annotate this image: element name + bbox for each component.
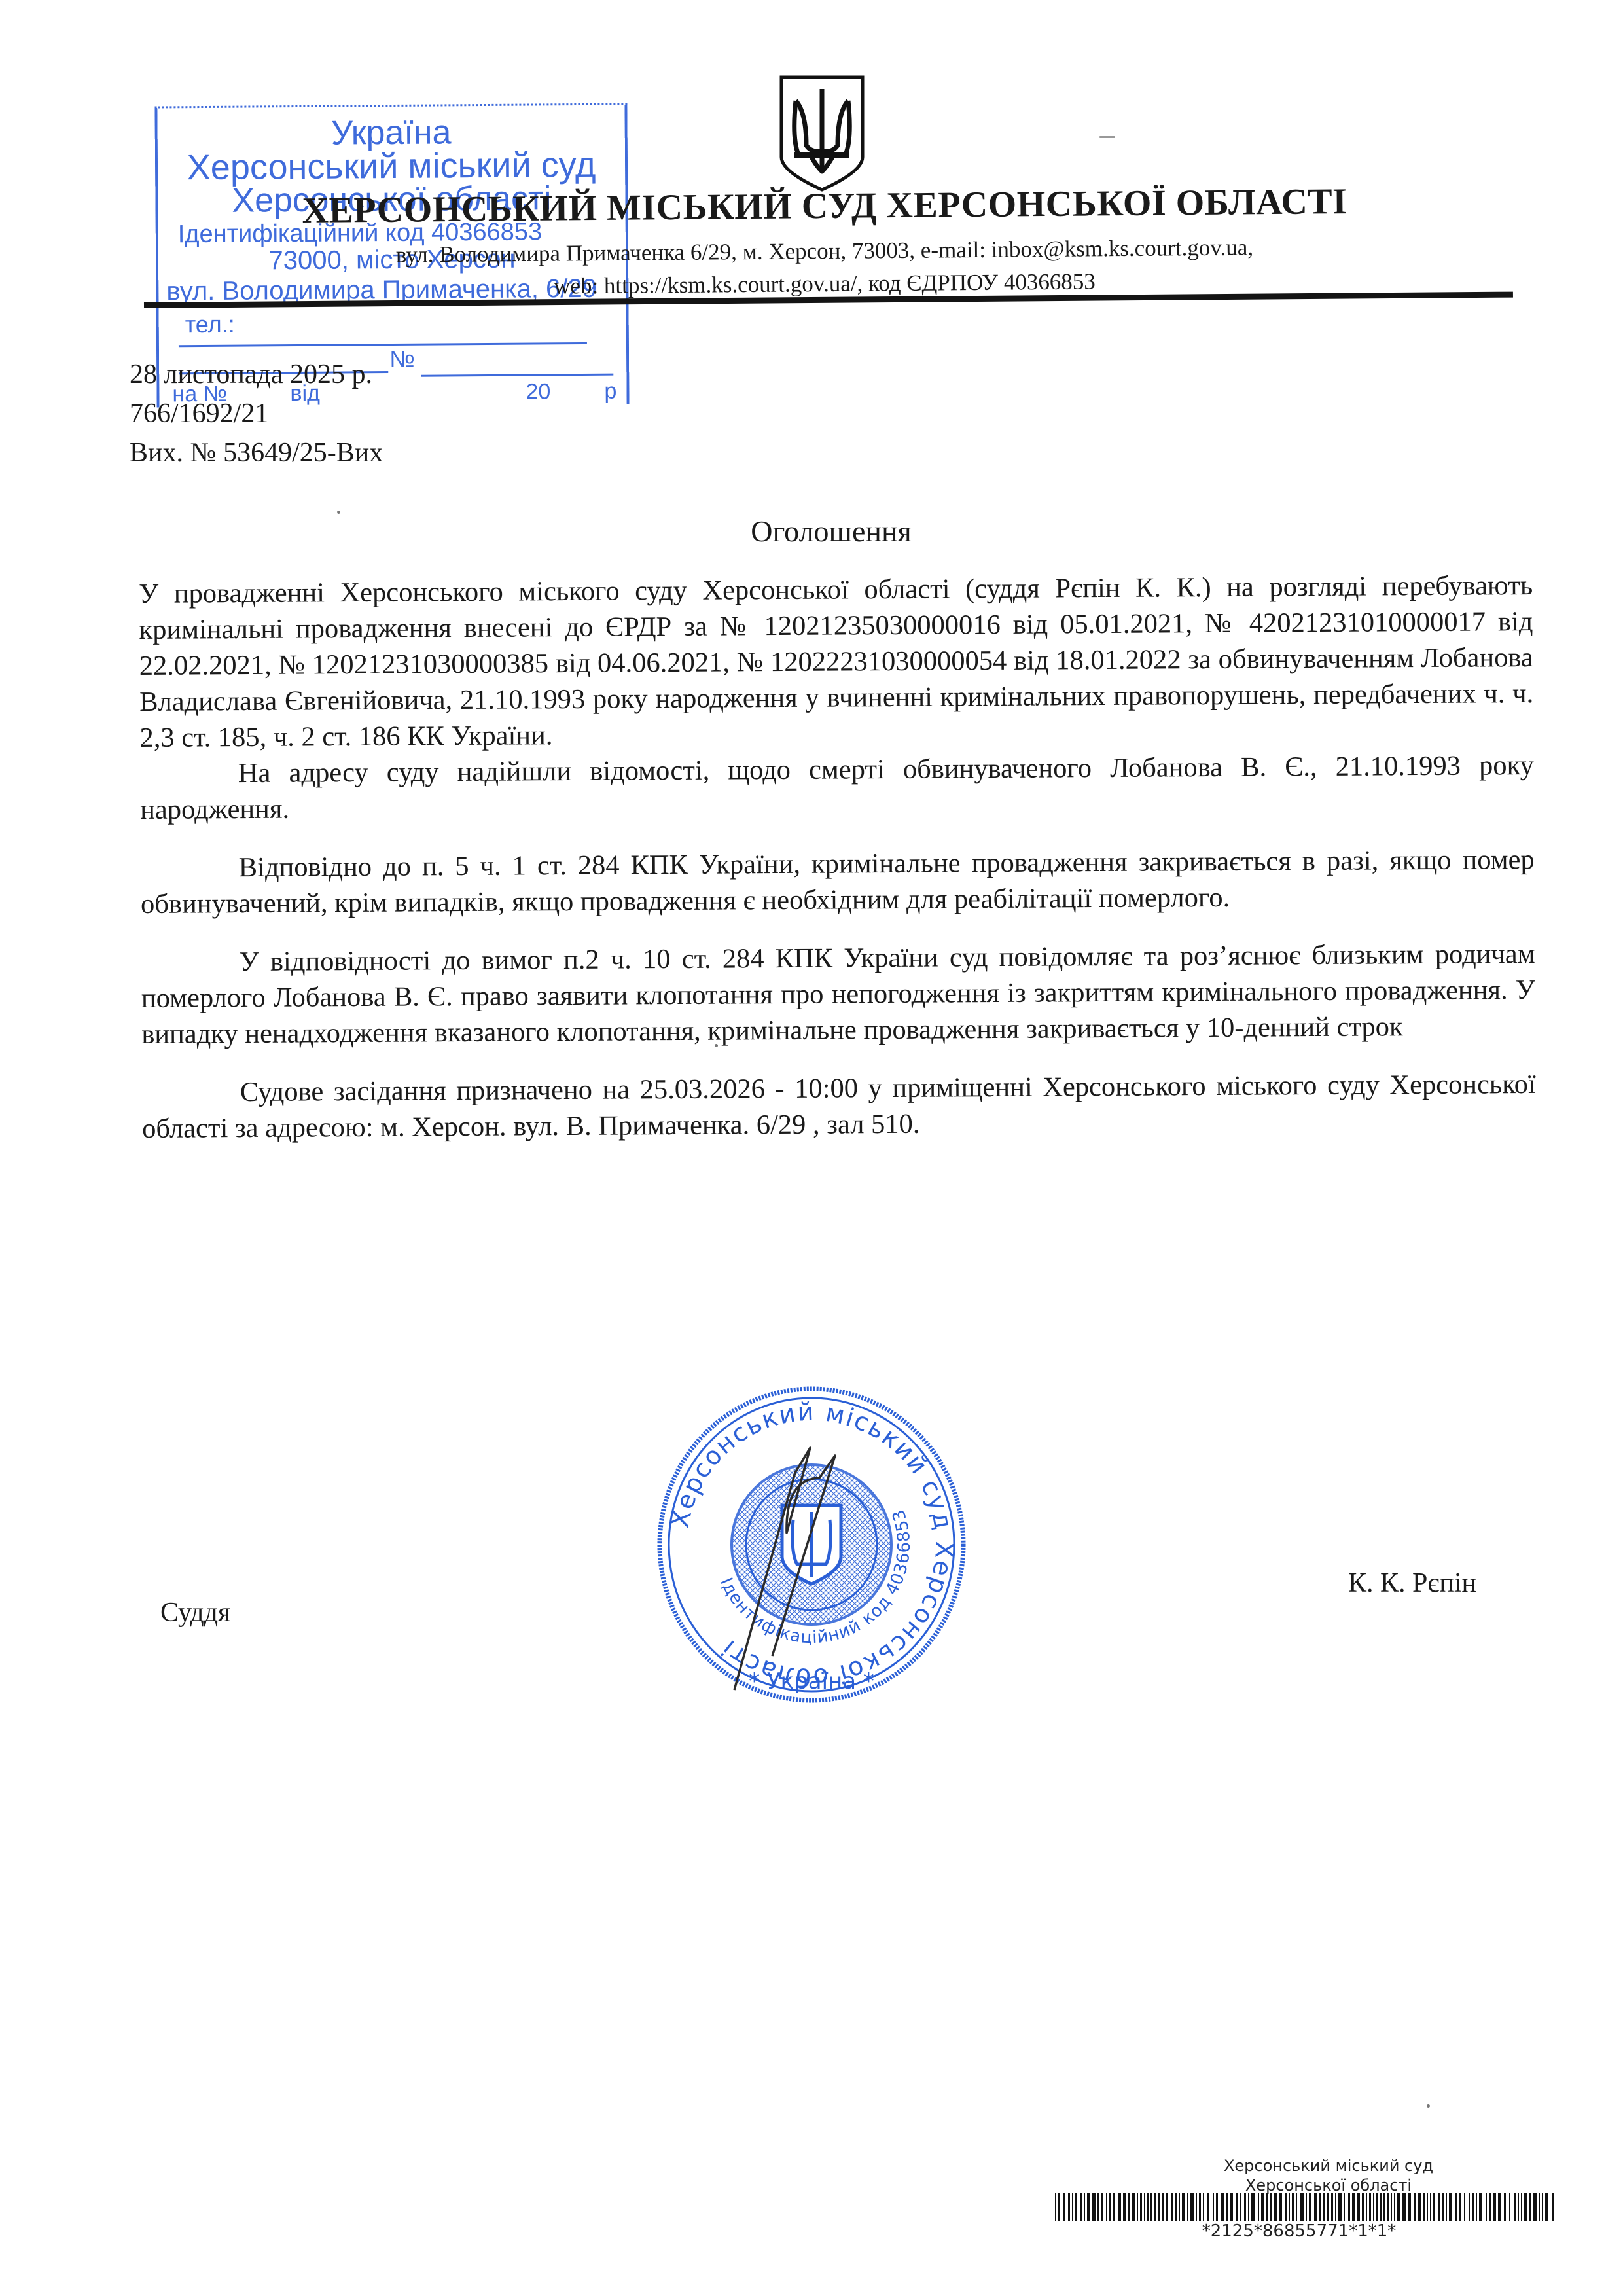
barcode-bar <box>1190 2193 1194 2221</box>
barcode-bar <box>1072 2193 1073 2221</box>
barcode-bar <box>1266 2193 1268 2221</box>
barcode-bar <box>1433 2193 1435 2221</box>
barcode-bar <box>1106 2193 1107 2221</box>
barcode-bar <box>1430 2193 1431 2221</box>
barcode-bar <box>1296 2193 1297 2221</box>
barcode-bar <box>1158 2193 1159 2221</box>
barcode-bar <box>1285 2193 1287 2221</box>
scan-speck <box>1099 136 1115 138</box>
barcode-bar <box>1357 2193 1361 2221</box>
barcode-bar <box>1274 2193 1277 2221</box>
barcode-bar <box>1279 2193 1282 2221</box>
barcode-bar <box>1373 2193 1374 2221</box>
paragraph-proceedings: У провадженні Херсонського міського суду… <box>139 567 1534 756</box>
barcode-bar <box>1144 2193 1145 2221</box>
barcode-court-region: Херсонської області <box>1191 2176 1466 2195</box>
barcode-bar <box>1216 2193 1217 2221</box>
barcode-bar <box>1509 2193 1510 2221</box>
barcode-bar <box>1113 2193 1115 2221</box>
barcode-bar <box>1469 2193 1470 2221</box>
barcode-bar <box>1514 2193 1515 2221</box>
barcode-bar <box>1109 2193 1111 2221</box>
document-barcode <box>1055 2193 1556 2221</box>
case-number: 766/1692/21 <box>130 398 268 429</box>
barcode-bar <box>1479 2193 1482 2221</box>
barcode-bar <box>1521 2193 1522 2221</box>
barcode-bar <box>1199 2193 1200 2221</box>
barcode-bar <box>1493 2193 1496 2221</box>
barcode-bar <box>1150 2193 1152 2221</box>
barcode-bar <box>1092 2193 1096 2221</box>
barcode-bar <box>1464 2193 1465 2221</box>
stamp-rule <box>421 374 613 377</box>
document-date: 28 листопада 2025 р. <box>130 359 372 390</box>
document-body: У провадженні Херсонського міського суду… <box>139 567 1536 1147</box>
barcode-bar <box>1427 2193 1428 2221</box>
barcode-bar <box>1258 2193 1259 2221</box>
barcode-bar <box>1387 2193 1388 2221</box>
outgoing-number: Вих. № 53649/25-Вих <box>130 437 383 469</box>
barcode-bar <box>1418 2193 1421 2221</box>
barcode-court-name: Херсонський міський суд <box>1191 2157 1466 2175</box>
barcode-bar <box>1080 2193 1081 2221</box>
barcode-bar <box>1270 2193 1272 2221</box>
barcode-bar <box>1383 2193 1385 2221</box>
barcode-bar <box>1542 2193 1543 2221</box>
barcode-bar <box>1498 2193 1501 2221</box>
stamp-number-label: № <box>389 346 415 373</box>
barcode-bar <box>1230 2193 1233 2221</box>
barcode-bar <box>1236 2193 1238 2221</box>
paragraph-hearing-date: Судове засідання призначено на 25.03.202… <box>142 1066 1537 1147</box>
barcode-bar <box>1344 2193 1345 2221</box>
barcode-bar <box>1063 2193 1065 2221</box>
barcode-bar <box>1331 2193 1332 2221</box>
scan-speck <box>715 1044 718 1047</box>
paragraph-death-notice: На адресу суду надійшли відомості, щодо … <box>140 747 1535 828</box>
barcode-bar <box>1101 2193 1102 2221</box>
barcode-bar <box>1348 2193 1349 2221</box>
barcode-bar <box>1489 2193 1490 2221</box>
document-title: Оголошення <box>0 514 1623 548</box>
barcode-bar <box>1323 2193 1324 2221</box>
barcode-bar <box>1087 2193 1090 2221</box>
barcode-bar <box>1533 2193 1537 2221</box>
barcode-bar <box>1438 2193 1440 2221</box>
barcode-bar <box>1518 2193 1519 2221</box>
barcode-bar <box>1132 2193 1135 2221</box>
barcode-bar <box>1449 2193 1452 2221</box>
barcode-bar <box>1187 2193 1188 2221</box>
barcode-bar <box>1179 2193 1180 2221</box>
barcode-bar <box>1203 2193 1204 2221</box>
svg-text:* Україна *: * Україна * <box>749 1668 874 1695</box>
barcode-bar <box>1196 2193 1197 2221</box>
barcode-bar <box>1055 2193 1056 2221</box>
barcode-bar <box>1292 2193 1293 2221</box>
barcode-bar <box>1369 2193 1370 2221</box>
barcode-number: *2125*86855771*1*1* <box>1152 2221 1446 2241</box>
barcode-bar <box>1289 2193 1290 2221</box>
signatory-name: К. К. Рєпін <box>1348 1568 1476 1599</box>
barcode-bar <box>1408 2193 1411 2221</box>
scan-speck <box>337 511 340 514</box>
scan-speck <box>1427 2104 1430 2108</box>
barcode-bar <box>1529 2193 1531 2221</box>
barcode-bar <box>1221 2193 1224 2221</box>
barcode-bar <box>1352 2193 1355 2221</box>
paragraph-legal-basis: Відповідно до п. 5 ч. 1 ст. 284 КПК Укра… <box>141 842 1535 922</box>
barcode-bar <box>1376 2193 1378 2221</box>
barcode-bar <box>1123 2193 1126 2221</box>
barcode-bar <box>1394 2193 1395 2221</box>
barcode-bar <box>1391 2193 1392 2221</box>
barcode-bar <box>1504 2193 1505 2221</box>
barcode-bar <box>1248 2193 1249 2221</box>
barcode-bar <box>1486 2193 1487 2221</box>
barcode-bar <box>1442 2193 1443 2221</box>
stamp-rule <box>179 342 587 347</box>
stamp-year-prefix: 20 <box>526 379 550 404</box>
barcode-bar <box>1162 2193 1165 2221</box>
barcode-bar <box>1226 2193 1227 2221</box>
barcode-bar <box>1240 2193 1241 2221</box>
barcode-bar <box>1207 2193 1209 2221</box>
barcode-bar <box>1414 2193 1416 2221</box>
barcode-bar <box>1314 2193 1317 2221</box>
barcode-bar <box>1068 2193 1069 2221</box>
barcode-bar <box>1154 2193 1156 2221</box>
barcode-bar <box>1402 2193 1406 2221</box>
barcode-bar <box>1446 2193 1447 2221</box>
barcode-bar <box>1261 2193 1264 2221</box>
barcode-bar <box>1244 2193 1245 2221</box>
barcode-bar <box>1300 2193 1304 2221</box>
barcode-bar <box>1140 2193 1141 2221</box>
official-court-seal: Херсонський міський суд Херсонської обла… <box>648 1381 975 1708</box>
barcode-bar <box>1182 2193 1185 2221</box>
barcode-bar <box>1306 2193 1307 2221</box>
barcode-bar <box>1327 2193 1330 2221</box>
barcode-bar <box>1380 2193 1381 2221</box>
barcode-bar <box>1319 2193 1321 2221</box>
barcode-bar <box>1118 2193 1121 2221</box>
barcode-bar <box>1455 2193 1457 2221</box>
barcode-bar <box>1524 2193 1527 2221</box>
trident-emblem-icon <box>777 73 866 192</box>
barcode-bar <box>1075 2193 1077 2221</box>
stamp-year-suffix: р <box>604 379 616 404</box>
signatory-role: Суддя <box>160 1597 230 1628</box>
barcode-bar <box>1552 2193 1553 2221</box>
barcode-bar <box>1338 2193 1342 2221</box>
barcode-bar <box>1545 2193 1548 2221</box>
barcode-bar <box>1058 2193 1060 2221</box>
barcode-bar <box>1335 2193 1336 2221</box>
barcode-bar <box>1097 2193 1099 2221</box>
barcode-bar <box>1166 2193 1168 2221</box>
barcode-bar <box>1459 2193 1460 2221</box>
barcode-bar <box>1137 2193 1138 2221</box>
barcode-bar <box>1084 2193 1085 2221</box>
barcode-bar <box>1128 2193 1130 2221</box>
barcode-bar <box>1171 2193 1173 2221</box>
barcode-bar <box>1397 2193 1400 2221</box>
barcode-bar <box>1476 2193 1477 2221</box>
barcode-bar <box>1147 2193 1149 2221</box>
barcode-bar <box>1213 2193 1214 2221</box>
barcode-bar <box>1366 2193 1367 2221</box>
barcode-bar <box>1309 2193 1310 2221</box>
court-name-heading: ХЕРСОНСЬКИЙ МІСЬКИЙ СУД ХЕРСОНСЬКОЇ ОБЛА… <box>281 181 1368 232</box>
barcode-bar <box>1472 2193 1473 2221</box>
barcode-bar <box>1175 2193 1176 2221</box>
barcode-bar <box>1423 2193 1424 2221</box>
barcode-bar <box>1251 2193 1255 2221</box>
barcode-bar <box>1362 2193 1363 2221</box>
stamp-phone-label: тел.: <box>185 311 235 339</box>
paragraph-relatives-rights: У відповідності до вимог п.2 ч. 10 ст. 2… <box>141 936 1535 1052</box>
barcode-bar <box>1539 2193 1540 2221</box>
